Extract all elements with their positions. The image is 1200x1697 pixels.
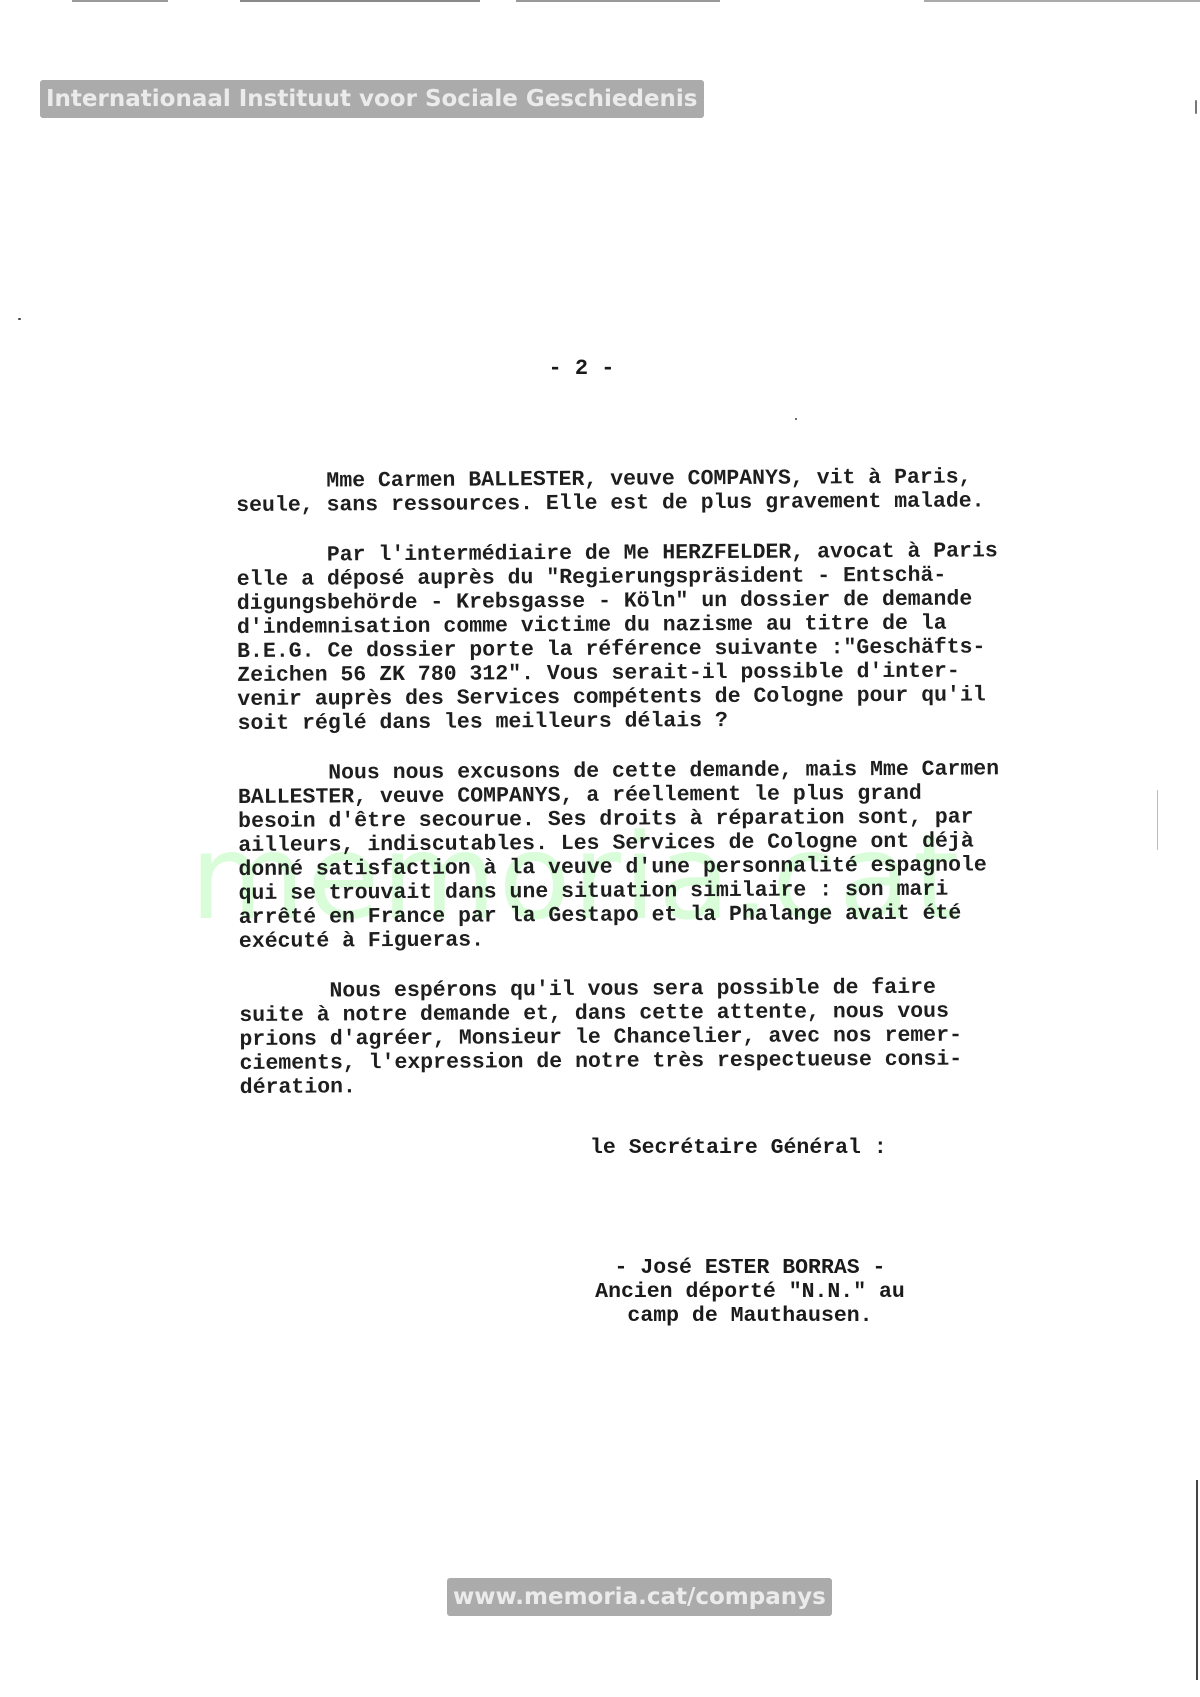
page-number: - 2 - [0,356,1163,381]
source-badge: www.memoria.cat/companys [447,1578,832,1616]
paragraph-4: Nous espérons qu'il vous sera possible d… [239,975,1120,1100]
closing-title: le Secrétaire Général : [590,1136,887,1160]
text-line: soit réglé dans les meilleurs délais ? [237,707,1117,736]
scan-edge-top [0,0,1200,2]
scan-mark-right [1157,790,1158,850]
signatory-name: - José ESTER BORRAS - [560,1256,940,1280]
scan-edge-right [1196,1480,1198,1680]
scan-speck [18,318,21,320]
text-line: seule, sans ressources. Elle est de plus… [236,489,1116,518]
paragraph-1: Mme Carmen BALLESTER, veuve COMPANYS, vi… [236,465,1116,518]
text-line: exécuté à Figueras. [239,925,1119,954]
archive-badge: Internationaal Instituut voor Sociale Ge… [40,80,704,118]
paragraph-2: Par l'intermédiaire de Me HERZFELDER, av… [236,539,1117,736]
letter-body: Mme Carmen BALLESTER, veuve COMPANYS, vi… [236,465,1120,1126]
signatory-title-2: camp de Mauthausen. [560,1304,940,1328]
scan-speck [795,418,797,420]
paragraph-3: Nous nous excusons de cette demande, mai… [238,757,1119,954]
scan-speck [1195,100,1197,114]
signatory-title-1: Ancien déporté "N.N." au [560,1280,940,1304]
signature-block: - José ESTER BORRAS - Ancien déporté "N.… [560,1256,940,1328]
